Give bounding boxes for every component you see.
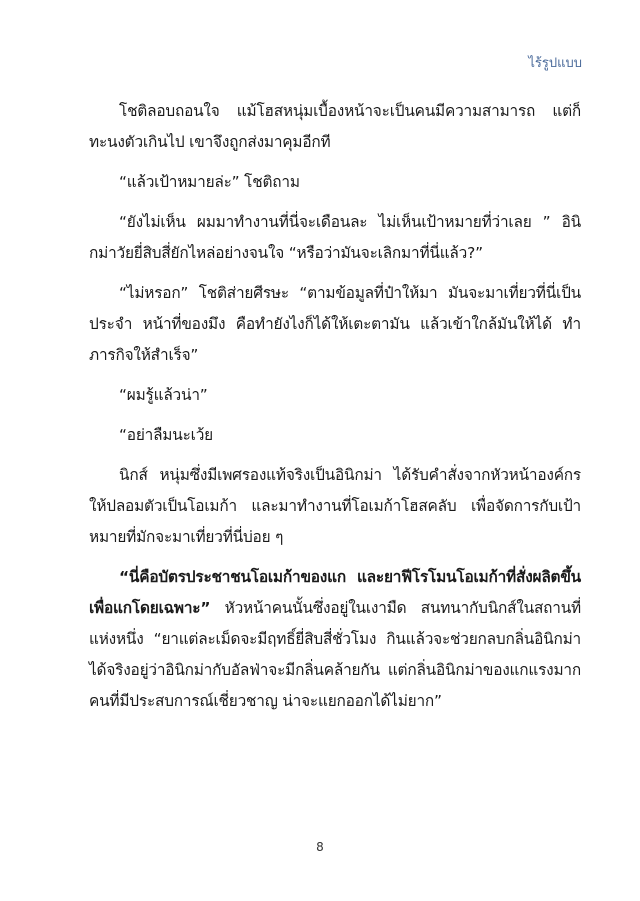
page-number: 8 — [0, 840, 640, 854]
paragraph: “ผมรู้แล้วน่า” — [89, 380, 581, 411]
paragraph: “แล้วเป้าหมายล่ะ” โชติถาม — [89, 167, 581, 198]
paragraph: โชติลอบถอนใจ แม้โฮสหนุ่มเบื้องหน้าจะเป็น… — [89, 96, 581, 158]
paragraph: “นี่คือบัตรประชาชนโอเมก้าของแก และยาฟีโร… — [89, 562, 581, 717]
body-text: โชติลอบถอนใจ แม้โฮสหนุ่มเบื้องหน้าจะเป็น… — [89, 96, 581, 726]
paragraph: “ยังไม่เห็น ผมมาทำงานที่นี่จะเดือนละ ไม่… — [89, 207, 581, 269]
document-page: ไร้รูปแบบ โชติลอบถอนใจ แม้โฮสหนุ่มเบื้อง… — [0, 0, 640, 901]
running-header: ไร้รูปแบบ — [528, 52, 582, 73]
paragraph: “ไม่หรอก” โชติส่ายศีรษะ “ตามข้อมูลที่ป๋า… — [89, 278, 581, 371]
paragraph: นิกส์ หนุ่มซึ่งมีเพศรองแท้จริงเป็นอินิกม… — [89, 460, 581, 553]
paragraph: “อย่าลืมนะเว้ย — [89, 420, 581, 451]
